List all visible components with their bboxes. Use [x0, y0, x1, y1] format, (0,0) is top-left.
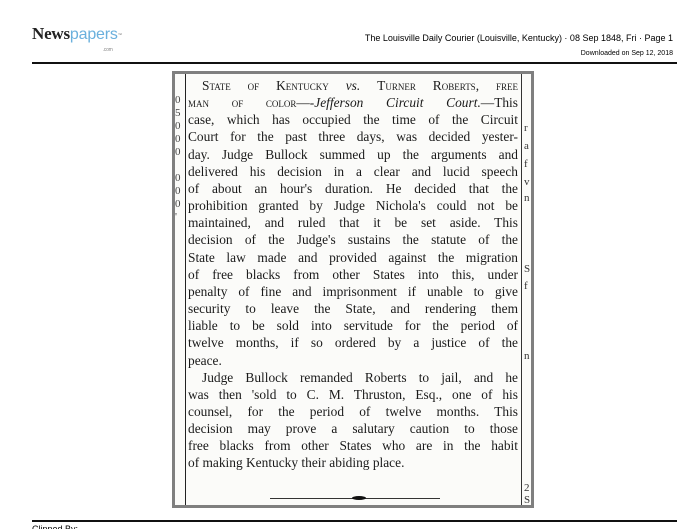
header-divider — [32, 62, 677, 64]
article-line: twelve months, if so ordered by a justic… — [188, 334, 518, 351]
article-line: of free blacks from other States into th… — [188, 266, 518, 283]
margin-fragment: 0 — [175, 94, 183, 107]
subheadline-dash: —- — [296, 95, 314, 110]
article-line: liable to be sold into servitude for the… — [188, 317, 518, 334]
article-line: State law made and provided against the … — [188, 249, 518, 266]
court-name: Jefferson Circuit Court. — [314, 95, 481, 110]
column-rule-right — [521, 74, 522, 505]
article-line: decision of the Judge's sustains the sta… — [188, 231, 518, 248]
margin-fragment: v — [524, 176, 530, 188]
margin-fragment: 0 — [175, 146, 183, 159]
margin-fragment: 0 — [175, 172, 183, 185]
margin-fragment: n — [524, 192, 530, 204]
logo-papers-text: papers — [70, 26, 118, 43]
download-date: Downloaded on Sep 12, 2018 — [581, 50, 673, 57]
article-line: of making Kentucky their abiding place. — [188, 454, 518, 471]
article-end-ornament — [352, 496, 366, 500]
article-line: Judge Bullock remanded Roberts to jail, … — [188, 369, 518, 386]
margin-fragment: 5 — [175, 107, 183, 120]
article-subheadline: man of color—-Jefferson Circuit Court.—T… — [188, 94, 518, 111]
right-column-fragment: rafvnSfn2S — [524, 74, 532, 505]
article-line: of about an hour's duration. He decided … — [188, 180, 518, 197]
margin-fragment: 0 — [175, 133, 183, 146]
margin-fragment: S — [524, 494, 530, 505]
article-line: security to leave the State, and renderi… — [188, 300, 518, 317]
clipped-by-label: Clipped By: — [32, 524, 78, 529]
margin-fragment: f — [524, 158, 528, 170]
column-rule-left — [185, 74, 186, 505]
subheadline-smallcaps: man of color — [188, 95, 296, 110]
article-line: case, which has occupied the time of the… — [188, 111, 518, 128]
article-line: penalty of fine and imprisonment if unab… — [188, 283, 518, 300]
article-text: State of Kentucky vs. Turner Roberts, fr… — [188, 77, 518, 472]
margin-fragment: a — [524, 140, 529, 152]
headline-part-a: State of Kentucky — [202, 78, 329, 93]
article-line: maintained, and ruled that it be set asi… — [188, 214, 518, 231]
article-line: was then 'sold to C. M. Thruston, Esq., … — [188, 386, 518, 403]
article-line: counsel, for the period of twelve months… — [188, 403, 518, 420]
newspapers-logo[interactable]: Newspapers ™ .com — [32, 26, 118, 43]
article-line: peace. — [188, 352, 518, 369]
logo-com-suffix: .com — [103, 42, 113, 58]
subheadline-rest: —This — [481, 95, 518, 110]
margin-fragment: f — [524, 280, 528, 292]
margin-fragment: 0 — [175, 185, 183, 198]
article-line: delivered his decision in a clear and lu… — [188, 163, 518, 180]
article-line: free blacks from other States who are in… — [188, 437, 518, 454]
article-line: decision may prove a salutary caution to… — [188, 420, 518, 437]
article-line: Court for the past three days, was decid… — [188, 128, 518, 145]
publication-info: The Louisville Daily Courier (Louisville… — [365, 33, 673, 43]
headline-vs: vs. — [329, 78, 377, 93]
logo-news-text: News — [32, 24, 70, 43]
logo-trademark: ™ — [118, 27, 122, 43]
margin-fragment: 2 — [524, 482, 530, 494]
article-line: day. Judge Bullock summed up the argumen… — [188, 146, 518, 163]
footer-divider — [32, 520, 677, 522]
margin-fragment: r — [524, 122, 528, 134]
margin-fragment: S — [524, 263, 530, 275]
margin-fragment — [175, 159, 183, 172]
margin-fragment: 0 — [175, 120, 183, 133]
headline-part-b: Turner Roberts, free — [377, 78, 518, 93]
margin-fragment: n — [524, 350, 530, 362]
margin-fragment: 0 — [175, 198, 183, 211]
article-line: prohibition granted by Judge Nichola's c… — [188, 197, 518, 214]
newspaper-clipping-image: 05000 000' State of Kentucky vs. Turner … — [172, 71, 534, 508]
article-headline: State of Kentucky vs. Turner Roberts, fr… — [188, 77, 518, 94]
margin-fragment: ' — [175, 211, 183, 224]
left-column-fragment: 05000 000' — [175, 94, 183, 224]
